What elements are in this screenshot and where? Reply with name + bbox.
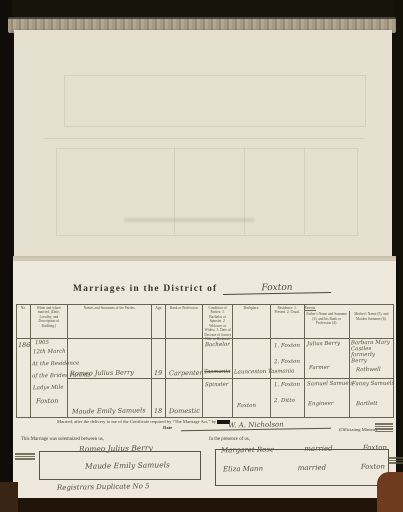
district-name: Foxton bbox=[223, 282, 331, 295]
bride-age: 18 bbox=[154, 407, 162, 415]
groom-rank: Carpenter bbox=[169, 369, 203, 378]
right-stamp-block bbox=[389, 457, 403, 464]
bride-residence-usual: 2. Ditto bbox=[274, 398, 295, 404]
bride-father-rank: Engineer bbox=[308, 401, 334, 407]
col-header-residence: Residence: 1. Present. 2. Usual. bbox=[271, 305, 305, 338]
cover-corner-left bbox=[0, 482, 18, 512]
showthrough-header bbox=[64, 75, 366, 127]
showthrough-rule bbox=[44, 138, 364, 139]
witness1-name: Margaret Rose bbox=[221, 446, 274, 455]
cell-father: Julius Berry Farmer Samuel Samuels Engin… bbox=[305, 339, 350, 417]
bride-mother-name: Fanny Samuels bbox=[352, 381, 394, 388]
entry-row-divider bbox=[203, 378, 232, 379]
col-header-birthplace: Birthplace. bbox=[233, 305, 271, 338]
minister-stamp-block bbox=[375, 423, 393, 432]
cell-when-where: 1905 12th March At the Residence of the … bbox=[31, 339, 68, 417]
groom-age: 19 bbox=[154, 369, 162, 377]
witness2-description: married bbox=[298, 464, 327, 472]
registrar-note: Registrars Duplicate No 5 bbox=[57, 482, 150, 492]
entry-row-divider bbox=[305, 378, 349, 379]
col-header-parents: Parents. Father's Name and Surname (3), … bbox=[305, 305, 393, 338]
groom-father-rank: Farmer bbox=[309, 365, 330, 371]
cover-corner-right bbox=[377, 472, 403, 512]
table-header-row: No. When and where married. (Date, Local… bbox=[17, 305, 393, 339]
groom-residence-present: 1. Foxton bbox=[274, 343, 300, 349]
col-header-age: Age. bbox=[152, 305, 166, 338]
title-text: Marriages in the District of bbox=[73, 284, 217, 294]
witness1-description: married bbox=[304, 445, 333, 453]
col-header-names: Names and Surnames of the Parties. bbox=[68, 305, 153, 338]
groom-name: Romeo Julius Berry bbox=[70, 368, 134, 377]
register-book-photo: Marriages in the District of Foxton No. … bbox=[0, 0, 403, 512]
groom-father-name: Julius Berry bbox=[307, 341, 340, 348]
entry-row-divider bbox=[68, 378, 152, 379]
groom-condition: Bachelor bbox=[205, 342, 230, 348]
showthrough-text-smudge bbox=[124, 218, 254, 222]
entry-number: 186 bbox=[18, 341, 31, 349]
officiating-minister-label: (Officiating Minister bbox=[339, 427, 377, 432]
book-cover-bottom bbox=[0, 498, 403, 512]
entry-row-divider bbox=[152, 378, 165, 379]
entry-row-divider bbox=[233, 378, 270, 379]
cell-condition: Bachelor Tasmania Spinster bbox=[203, 339, 233, 417]
book-spine-left bbox=[0, 0, 12, 512]
groom-residence-usual: 2. Foxton bbox=[274, 359, 300, 365]
minister-signature: W. A. Nicholson bbox=[181, 420, 331, 432]
groom-condition-struck: Tasmania bbox=[204, 369, 231, 375]
cell-rank: Carpenter Domestic bbox=[166, 339, 203, 417]
entry-row-divider bbox=[166, 378, 202, 379]
col-header-no: No. bbox=[17, 305, 31, 338]
col-header-mother: Mother's Name (5), and Maiden Surname (6… bbox=[350, 311, 393, 338]
when-line-2: 12th March bbox=[33, 349, 66, 356]
presence-label: In the presence of us, bbox=[209, 437, 250, 442]
left-stamp-block bbox=[15, 453, 35, 460]
showthrough-table bbox=[56, 148, 358, 236]
bride-rank: Domestic bbox=[169, 407, 200, 416]
cell-mother: Barbara Mary Castles formerly Berry Roth… bbox=[350, 339, 393, 417]
bride-residence-present: 1. Foxton bbox=[274, 382, 300, 388]
bride-condition: Spinster bbox=[205, 382, 229, 388]
showthrough-col3 bbox=[304, 148, 305, 234]
bride-mother-maiden: Bartlett bbox=[356, 401, 378, 407]
cell-birthplace: Launceston Tasmania Foxton bbox=[233, 339, 271, 417]
entry-row-divider bbox=[350, 378, 393, 379]
witness2-residence: Foxton bbox=[361, 463, 385, 471]
cell-age: 19 18 bbox=[152, 339, 166, 417]
bride-birthplace: Foxton bbox=[237, 403, 256, 409]
col-header-condition: Condition of Parties: 1. Bachelor or Spi… bbox=[203, 305, 233, 338]
when-line-1: 1905 bbox=[35, 340, 49, 346]
cell-residence: 1. Foxton 2. Foxton 1. Foxton 2. Ditto bbox=[271, 339, 305, 417]
when-line-5: Ladys Mile bbox=[33, 385, 64, 392]
page-title: Marriages in the District of Foxton bbox=[73, 283, 331, 294]
witness1-residence: Foxton bbox=[363, 444, 387, 452]
cell-names: Romeo Julius Berry Maude Emily Samuels bbox=[68, 339, 153, 417]
groom-mother-maiden: Rothwell bbox=[356, 367, 381, 373]
groom-mother-name: Barbara Mary Castles formerly Berry bbox=[350, 340, 391, 365]
verso-page bbox=[14, 30, 392, 260]
col-header-father: Father's Name and Surname (3), and his R… bbox=[305, 311, 350, 338]
bride-name: Maude Emily Samuels bbox=[72, 406, 146, 415]
table-entry-row: 186 1905 12th March At the Residence of … bbox=[17, 339, 393, 417]
cell-entry-no: 186 bbox=[17, 339, 31, 417]
col-header-rank: Rank or Profession. bbox=[166, 305, 203, 338]
witness2-name: Eliza Mann bbox=[223, 465, 263, 474]
col-header-when: When and where married. (Date, Locality,… bbox=[31, 305, 68, 338]
bride-signature: Maude Emily Samuels bbox=[85, 460, 170, 470]
solemnized-label: This Marriage was solemnized between us, bbox=[21, 437, 104, 442]
entry-row-divider bbox=[271, 378, 304, 379]
date-stamp: Date bbox=[163, 425, 172, 430]
bride-father-name: Samuel Samuels bbox=[307, 381, 353, 388]
marriage-table: No. When and where married. (Date, Local… bbox=[16, 304, 394, 418]
register-page: Marriages in the District of Foxton No. … bbox=[13, 261, 396, 500]
when-line-6: Foxton bbox=[36, 397, 59, 405]
